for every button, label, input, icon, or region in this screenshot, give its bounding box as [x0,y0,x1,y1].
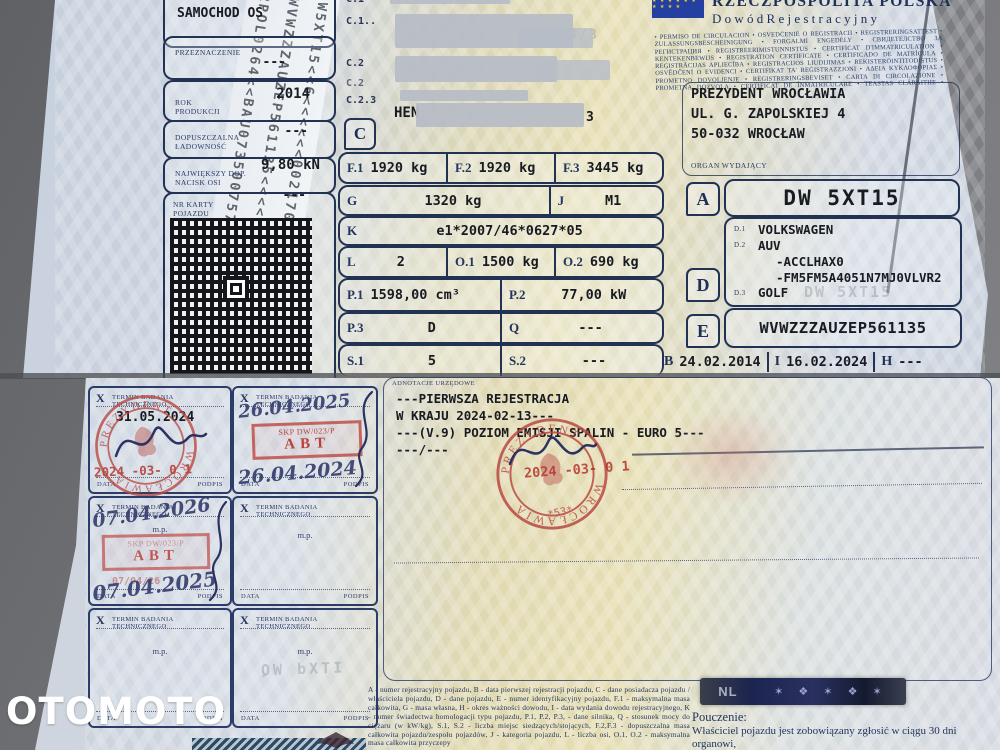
abt-stamp-station: SKP DW/023/P [111,538,201,549]
field-ladownosc: DOPUSZCZALNA ŁADOWNOŚĆ --- [163,120,336,159]
field-label: NAJWIĘKSZY DOP. [175,169,246,178]
d-letter: D [697,275,710,296]
field-label2: PRODUKCJI [175,107,220,116]
c22-label: C.2 [346,78,364,89]
field-value: --- [283,188,306,203]
inspection-box-2: X TERMIN BADANIA TECHNICZNEGO DATA PODPI… [232,386,378,494]
redaction-block [416,103,584,127]
s1-value: 5 [428,353,436,369]
field-label: ROK [175,98,192,107]
type-value: AUV [758,238,781,253]
redaction-block [400,90,528,101]
inspection-box-6: X TERMIN BADANIA TECHNICZNEGO m.p. ITXd … [232,608,378,728]
cell-s2: S.2--- [500,346,662,376]
field-przeznaczenie: PRZEZNACZENIE --- [163,36,336,80]
authority-label: ORGAN WYDAJĄCY [691,161,767,170]
make-model-box: D.1 VOLKSWAGEN D.2 AUV -ACCLHAX0 -FM5FM5… [724,217,962,307]
cell-f3: F.33445 kg [554,154,662,182]
row-f-masses: F.11920 kg F.21920 kg F.33445 kg [338,152,664,184]
pen-stroke [194,498,230,604]
ghost-plate: DW 5XT15 [804,283,892,301]
x-mark: X [240,501,249,516]
data-label: DATA [241,715,260,722]
cell-p1: P.11598,00 cm³ [340,280,500,310]
field-label: DOPUSZCZALNA [175,133,239,142]
g-value: 1320 kg [424,193,481,209]
annotation-line4: ---/--- [396,442,449,457]
document-title: D o w ó d R e j e s t r a c y j n y [712,11,877,27]
p1-label: P.1 [347,287,364,303]
pen-stroke [342,390,378,490]
f2-value: 1920 kg [479,160,536,176]
p1-value: 1598,00 cm³ [371,287,460,303]
redaction-block [538,60,610,80]
o2-label: O.2 [563,254,583,270]
notice-title: Pouczenie: [692,710,998,725]
qr-eye [223,276,249,302]
redaction-block [395,56,557,82]
c2-label: C.2 [346,58,364,69]
signature-center [506,428,598,474]
dotted-rule [240,711,370,712]
p3-label: P.3 [347,320,364,336]
vin-value: WVWZZZAUZEP561135 [759,319,926,337]
annotation-line1: ---PIERWSZA REJESTRACJA [396,391,569,406]
divider [873,352,875,372]
dotted-rule [96,628,224,629]
inspection-box-4: X TERMIN BADANIA TECHNICZNEGO m.p. DATA … [232,496,378,606]
b-label: B [664,354,673,370]
plate-number: DW 5XT15 [783,186,900,210]
dotted-rule [394,557,979,563]
f1-label: F.1 [347,160,364,176]
j-label: J [558,193,565,209]
s2-label: S.2 [509,353,526,369]
field-legend: A - numer rejestracyjny pojazdu, B - dat… [368,686,690,750]
h-value: --- [898,354,922,370]
annotations-label: ADNOTACJE URZĘDOWE [392,380,475,387]
a-letter: A [697,189,710,210]
abt-stamp-code: ABT [111,547,201,566]
field-label2: POJAZDU [173,209,209,218]
h-label: H [881,354,892,370]
issuing-authority-box: PREZYDENT WROCŁAWIA UL. G. ZAPOLSKIEJ 4 … [682,82,960,176]
row-p1-p2: P.11598,00 cm³ P.277,00 kW [338,278,664,312]
d3-label: D.3 [734,289,746,297]
i-label: I [775,354,780,370]
owner-section: C.1 C.1.. C.2 C.2 C.2.3 HEN 3 A 144/3 C [338,0,660,150]
registration-document-photo: W5XT15<<6<<<<<<002170020008384<<< WVWZZZ… [0,0,1000,750]
field-label2: NACISK OSI [175,178,221,187]
field-label: PRZEZNACZENIE [175,48,241,57]
vehicle-type-value: SAMOCHOD OS [177,6,263,21]
eagle-emblem-icon [316,730,356,750]
abt-stamp-code: ABT [261,434,354,454]
cell-j: JM1 [549,187,662,214]
redaction-block [390,0,510,4]
q-label: Q [509,320,519,336]
a-letter-box: A [686,182,720,216]
field-label: NR KARTY [173,200,214,209]
f3-value: 3445 kg [587,160,644,176]
eu-flag-icon: ★ ★ ★ ★ ★ ★ ★ ★ ★ ★ [652,0,704,18]
c11-label: C.1.. [346,16,376,27]
f2-label: F.2 [455,160,472,176]
field-nacisk-osi: NAJWIĘKSZY DOP. NACISK OSI 9,80 kN [163,157,336,194]
row-k: Ke1*2007/46*0627*05 [338,216,664,246]
redaction-block [518,28,593,48]
document-back-section: X TERMIN BADANIA TECHNICZNEGO 31.05.2024… [0,378,1000,750]
cell-o2: O.2690 kg [554,248,662,276]
d2-label: D.2 [734,241,746,249]
annotations-box: ADNOTACJE URZĘDOWE ---PIERWSZA REJESTRAC… [383,377,992,681]
dotted-rule [240,589,370,590]
plate-box: DW 5XT15 [724,179,960,217]
authority-street: UL. G. ZAPOLSKIEJ 4 [691,106,845,122]
c1-label: C.1 [346,0,364,5]
signature-box1 [110,416,210,466]
dotted-rule [240,516,370,517]
authority-city: 50-032 WROCŁAW [691,126,805,142]
ghost-bleed-text: ITXd WQ [258,659,343,680]
o2-value: 690 kg [590,254,639,270]
x-mark: X [96,613,105,628]
dotted-rule [240,628,370,629]
handwritten-exam-date: 26.04.2024 [237,457,357,489]
make-value: VOLKSWAGEN [758,222,833,237]
g-label: G [347,193,357,209]
field-value: 2014 [276,86,310,102]
cell-g: G1320 kg [340,187,549,214]
podpis-label: PODPIS [344,715,369,722]
d-letter-box: D [686,268,720,302]
cell-l: L2 [340,248,446,276]
row-s: S.15 S.2--- [338,344,664,376]
cell-f1: F.11920 kg [340,154,446,182]
c-letter: C [354,124,366,144]
k-value: e1*2007/46*0627*05 [436,223,582,239]
field-value: 9,80 kN [261,157,320,173]
s2-value: --- [582,353,606,369]
podpis-label: PODPIS [344,593,369,600]
divider [767,352,769,372]
notice-block: Pouczenie: Właściciel pojazdu jest zobow… [692,710,998,750]
s1-label: S.1 [347,353,364,369]
p2-value: 77,00 kW [561,287,626,303]
cell-p2: P.277,00 kW [500,280,662,310]
k-label: K [347,223,357,239]
l-label: L [347,254,356,270]
cell-o1: O.11500 kg [446,248,554,276]
hologram-code: NL [718,684,737,699]
dotted-rule [622,483,982,490]
cell-k: Ke1*2007/46*0627*05 [340,218,662,244]
l-value: 2 [397,254,405,270]
ghost-stamp [666,406,796,506]
data-label: DATA [241,593,260,600]
model-value: GOLF [758,285,788,300]
field-value: --- [285,124,308,139]
o1-label: O.1 [455,254,475,270]
cell-p3: P.3D [340,314,500,342]
mp-label: m.p. [234,646,376,656]
cell-s1: S.15 [340,346,500,376]
notice-line: Właściciel pojazdu jest zobowiązany zgło… [692,725,998,750]
inspection-box-3: X TERMIN BADANIA TECHNICZNEGO DATA PODPI… [88,496,232,606]
field-label2: ŁADOWNOŚĆ [175,142,227,151]
cell-f2: F.21920 kg [446,154,554,182]
o1-value: 1500 kg [482,254,539,270]
document-front-section: W5XT15<<6<<<<<<002170020008384<<< WVWZZZ… [0,0,1000,378]
p2-label: P.2 [509,287,526,303]
eu-stars: ★ ★ ★ ★ ★ ★ ★ ★ ★ ★ [652,0,704,10]
otomoto-watermark-logo: OTOMOTO [6,690,226,733]
c23-label: C.2.3 [346,95,376,106]
row-p3-q: P.3D Q--- [338,312,664,344]
hologram-ornaments-icon: ✶ ❖ ✶ ❖ ✶ [774,685,888,698]
mp-label: m.p. [234,530,376,540]
qr-code [170,218,312,374]
authority-name: PREZYDENT WROCŁAWIA [691,86,845,102]
x-mark: X [240,613,249,628]
d1-label: D.1 [734,225,746,233]
e-letter: E [697,321,709,342]
country-title: RZECZPOSPOLITA POLSKA [712,0,942,11]
e-letter-box: E [686,314,720,348]
owner-name-tail: 3 [586,110,594,125]
handwritten-next-date: 26.04.2025 [237,390,351,423]
dates-row: B 24.02.2014 I 16.02.2024 H --- [664,348,994,376]
cell-q: Q--- [500,314,662,342]
vin-box: WVWZZZAUZEP561135 [724,308,962,348]
row-g-j: G1320 kg JM1 [338,185,664,216]
c-letter-box: C [344,118,376,150]
variant-value: -ACCLHAX0 [776,254,844,269]
field-rok-produkcji: ROK PRODUKCJI 2014 [163,80,336,122]
field-value: --- [263,55,286,70]
mp-label: m.p. [90,646,230,656]
q-value: --- [578,320,602,336]
f3-label: F.3 [563,160,580,176]
first-reg-date: 24.02.2014 [679,354,760,370]
hologram-strip: NL ✶ ❖ ✶ ❖ ✶ [700,678,906,705]
j-value: M1 [605,193,621,209]
row-l-o: L2 O.11500 kg O.2690 kg [338,246,664,278]
issue-date: 16.02.2024 [786,354,867,370]
f1-value: 1920 kg [371,160,428,176]
p3-value: D [428,320,436,336]
